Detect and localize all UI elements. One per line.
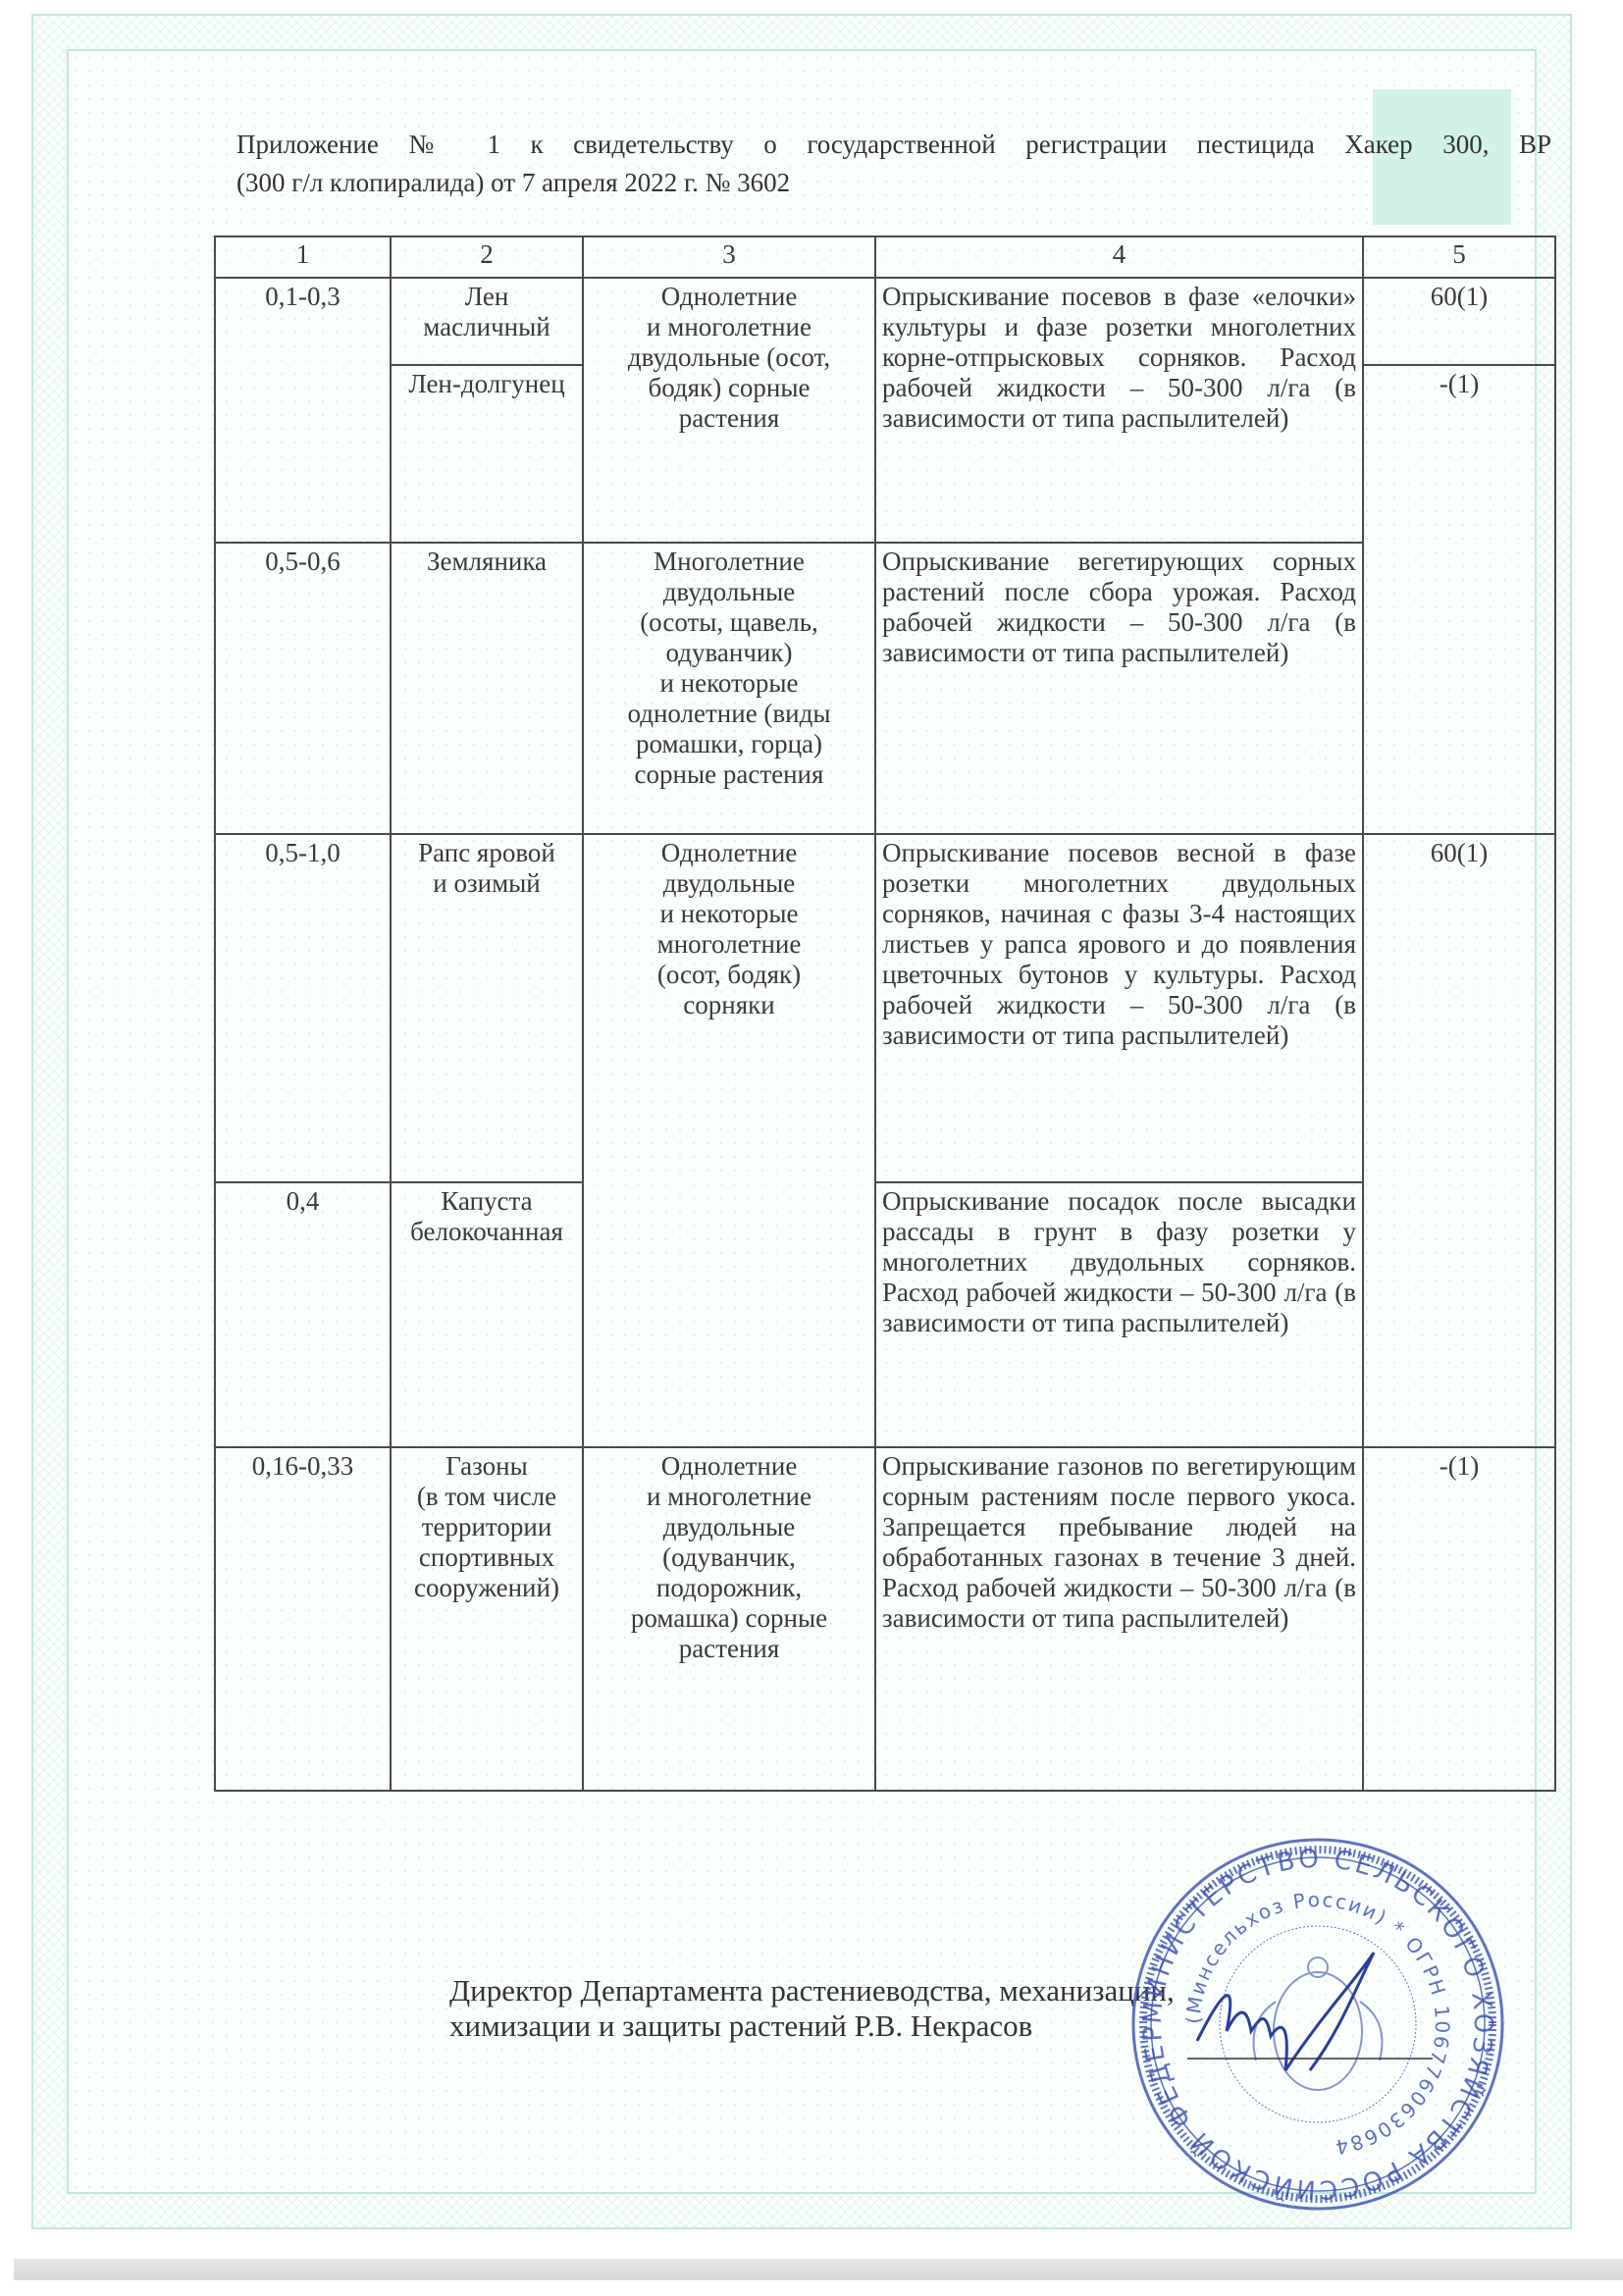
method-cell: Опрыскивание посевов в фазе «елочки» кул… bbox=[875, 278, 1363, 543]
column-number: 2 bbox=[391, 236, 583, 278]
table-header-row: 1 2 3 4 5 bbox=[215, 236, 1555, 278]
rate-cell: 0,5-0,6 bbox=[215, 543, 391, 834]
crop-cell: Капуста белокочанная bbox=[391, 1182, 583, 1447]
heading-line-1: Приложение № 1 к свидетельству о государ… bbox=[236, 126, 1551, 164]
weeds-cell: Однолетние и многолетние двудольные (осо… bbox=[583, 278, 875, 543]
table-row: 0,5-0,6 Земляника Многолетние двудольные… bbox=[215, 543, 1555, 834]
crop-cell: Газоны (в том числе территории спортивны… bbox=[391, 1447, 583, 1791]
column-number: 1 bbox=[215, 236, 391, 278]
method-cell: Опрыскивание вегетирующих сорных растени… bbox=[875, 543, 1363, 834]
weeds-cell: Многолетние двудольные (осоты, щавель, о… bbox=[583, 543, 875, 834]
waiting-period-cell: -(1) bbox=[1363, 365, 1555, 834]
rate-cell: 0,16-0,33 bbox=[215, 1447, 391, 1791]
column-number: 4 bbox=[875, 236, 1363, 278]
weeds-cell: Однолетние и многолетние двудольные (оду… bbox=[583, 1447, 875, 1791]
method-cell: Опрыскивание газонов по вегетирующим сор… bbox=[875, 1447, 1363, 1791]
crop-cell: Лен-долгунец bbox=[391, 365, 583, 543]
waiting-period-cell: 60(1) bbox=[1363, 278, 1555, 365]
official-stamp-icon: МИНИСТЕРСТВО СЕЛЬСКОГО ХОЗЯЙСТВА РОССИЙС… bbox=[1128, 1835, 1507, 2214]
method-cell: Опрыскивание посадок после высадки расса… bbox=[875, 1182, 1363, 1447]
rate-cell: 0,5-1,0 bbox=[215, 834, 391, 1182]
table-row: 0,1-0,3 Лен масличный Однолетние и много… bbox=[215, 278, 1555, 365]
heading-line-2: (300 г/л клопиралида) от 7 апреля 2022 г… bbox=[236, 164, 1551, 202]
rate-cell: 0,4 bbox=[215, 1182, 391, 1447]
waiting-period-cell: 60(1) bbox=[1363, 834, 1555, 1447]
scan-edge-strip bbox=[14, 2259, 1623, 2280]
column-number: 5 bbox=[1363, 236, 1555, 278]
document-heading: Приложение № 1 к свидетельству о государ… bbox=[236, 126, 1551, 202]
weeds-cell: Однолетние двудольные и некоторые многол… bbox=[583, 834, 875, 1447]
table-row: 0,5-1,0 Рапс яровой и озимый Однолетние … bbox=[215, 834, 1555, 1182]
crop-cell: Земляника bbox=[391, 543, 583, 834]
registration-table: 1 2 3 4 5 0,1-0,3 Лен масличный Однолетн… bbox=[214, 235, 1556, 1792]
crop-cell: Лен масличный bbox=[391, 278, 583, 365]
method-cell: Опрыскивание посевов весной в фазе розет… bbox=[875, 834, 1363, 1182]
table-row: 0,4 Капуста белокочанная Опрыскивание по… bbox=[215, 1182, 1555, 1447]
crop-cell: Рапс яровой и озимый bbox=[391, 834, 583, 1182]
waiting-period-cell: -(1) bbox=[1363, 1447, 1555, 1791]
rate-cell: 0,1-0,3 bbox=[215, 278, 391, 543]
table-row: 0,16-0,33 Газоны (в том числе территории… bbox=[215, 1447, 1555, 1791]
column-number: 3 bbox=[583, 236, 875, 278]
